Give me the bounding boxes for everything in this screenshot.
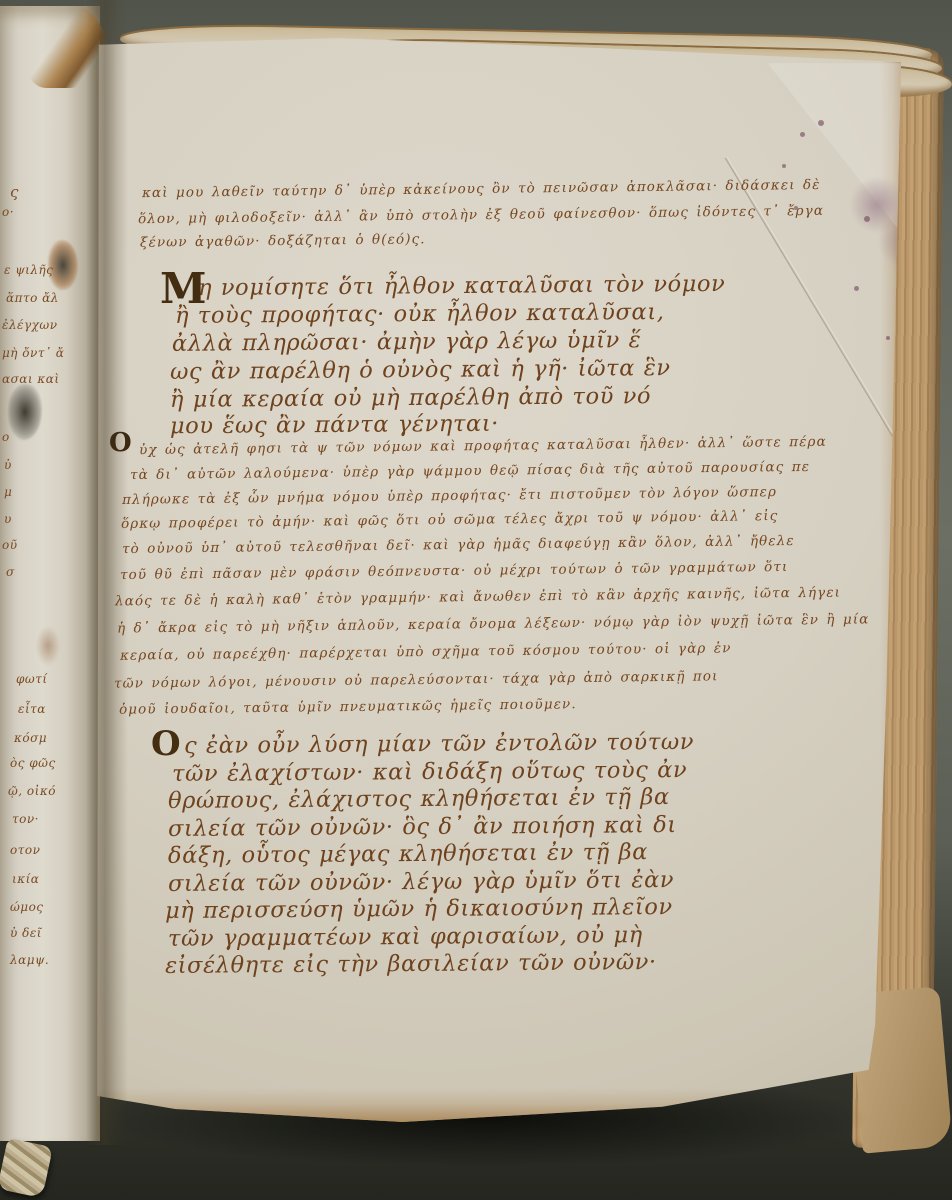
text-fragment: ὸς φῶς: [10, 756, 56, 770]
text-fragment: ικία: [12, 872, 39, 886]
text-fragment: ώμος: [10, 900, 44, 914]
text-line: ς ἐὰν οὖν λύση μίαν τῶν ἐντολῶν τούτων: [184, 729, 694, 759]
facing-page-edge: [0, 6, 100, 1141]
text-fragment: ασαι καὶ: [2, 372, 60, 386]
text-fragment: σ: [6, 565, 15, 579]
endband: [0, 1138, 53, 1198]
text-line: τῶν γραμματέων καὶ φαρισαίων, οὐ μὴ: [168, 922, 643, 952]
text-fragment: οτον: [10, 843, 40, 857]
ink-blot: [36, 626, 60, 666]
text-fragment: ἐλέγχων: [2, 318, 58, 332]
text-line: σιλεία τῶν οὐνῶν· λέγω γὰρ ὑμῖν ὅτι ἐὰν: [168, 867, 674, 897]
text-fragment: μ: [4, 485, 12, 499]
text-line: μὴ περισσεύση ὑμῶν ἡ δικαιοσύνη πλεῖον: [165, 894, 673, 924]
text-line: ως ἂν παρέλθη ὁ οὐνὸς καὶ ἡ γῆ· ἰῶτα ἓν: [170, 355, 671, 385]
initial-letter: Ο: [109, 428, 132, 458]
text-line: ἢ τοὺς προφήτας· οὐκ ἦλθον καταλῦσαι,: [175, 299, 665, 329]
text-line: ἀλλὰ πληρῶσαι· ἀμὴν γὰρ λέγω ὑμῖν ἕ: [172, 327, 642, 357]
text-fragment: φωτί: [16, 672, 48, 686]
text-fragment: ο: [2, 430, 10, 444]
text-line: θρώπους, ἐλάχιστος κληθήσεται ἐν τῇ βα: [168, 784, 670, 814]
text-fragment: ς: [10, 183, 19, 201]
text-line: σιλεία τῶν οὐνῶν· ὃς δ᾿ ἂν ποιήση καὶ δι: [168, 812, 677, 842]
text-fragment: μὴ ὄντ᾿ ἄ: [2, 346, 64, 360]
text-fragment: ο·: [2, 205, 14, 219]
text-line: τῶν ἐλαχίστων· καὶ διδάξη οὕτως τοὺς ἀν: [172, 757, 687, 787]
text-line: εἰσέλθητε εἰς τὴν βασιλείαν τῶν οὐνῶν·: [165, 949, 657, 979]
text-fragment: ὐ: [4, 458, 12, 472]
text-line: ἢ μία κεραία οὐ μὴ παρέλθη ἀπὸ τοῦ νό: [170, 383, 651, 413]
text-fragment: ῷ, οἰκό: [8, 784, 56, 798]
text-fragment: οῦ: [2, 538, 18, 552]
text-line: μου ἕως ἂν πάντα γένηται·: [170, 411, 499, 440]
text-fragment: εἶτα: [18, 702, 46, 716]
text-fragment: λαμψ.: [10, 953, 49, 967]
text-fragment: ἅπτο ἄλ: [6, 291, 59, 305]
text-line: η νομίσητε ὅτι ἦλθον καταλῦσαι τὸν νόμον: [198, 271, 726, 301]
text-fragment: τον·: [12, 812, 39, 826]
manuscript-photo: Τ Α καὶ μου λαθεῖν ταύτην δ᾿ ὑπὲρ κἀκείν…: [0, 0, 952, 1200]
text-fragment: ὐ δεῖ: [10, 926, 42, 940]
text-line: δάξη, οὗτος μέγας κληθήσεται ἐν τῇ βα: [168, 839, 648, 869]
text-fragment: ε ψιλῆς: [4, 263, 53, 277]
text-fragment: υ: [4, 512, 12, 526]
text-fragment: κόσμ: [14, 731, 47, 745]
initial-letter: Ο: [151, 724, 181, 764]
